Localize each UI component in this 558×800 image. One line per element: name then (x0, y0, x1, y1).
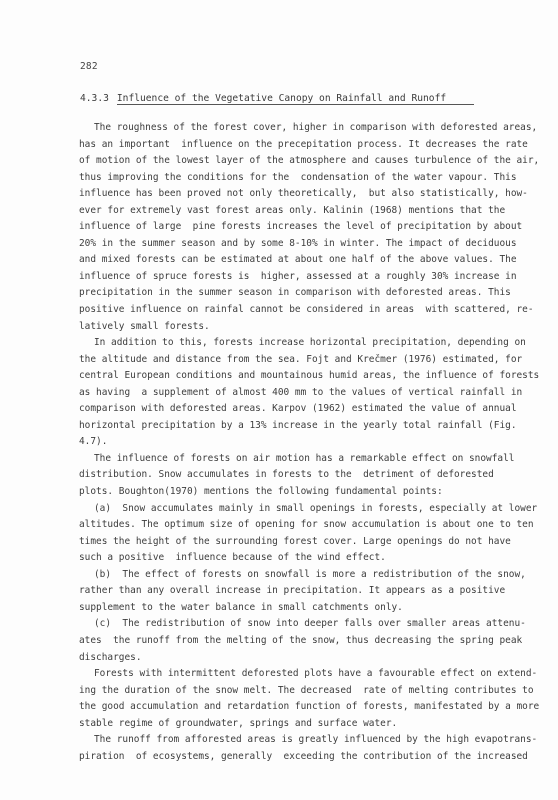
text-line: influence has been proved not only theor… (79, 186, 491, 203)
section-number: 4.3.3 (80, 93, 109, 104)
text-line: horizontal precipitation by a 13% increa… (79, 418, 491, 435)
text-line: precipitation in the summer season in co… (79, 285, 491, 302)
text-line: central European conditions and mountain… (79, 368, 491, 385)
text-line: and mixed forests can be estimated at ab… (79, 252, 491, 269)
text-line: comparison with deforested areas. Karpov… (79, 401, 491, 418)
text-line: ates the runoff from the melting of the … (79, 633, 491, 650)
text-line: as having a supplement of almost 400 mm … (79, 385, 491, 402)
text-line: supplement to the water balance in small… (79, 600, 491, 617)
text-line: (b) The effect of forests on snowfall is… (79, 567, 491, 584)
text-line: altitudes. The optimum size of opening f… (79, 517, 491, 534)
text-line: (c) The redistribution of snow into deep… (79, 616, 491, 633)
text-line: ever for extremely vast forest areas onl… (79, 203, 491, 220)
text-line: piration of ecosystems, generally exceed… (79, 749, 491, 766)
text-line: thus improving the conditions for the co… (79, 170, 491, 187)
text-line: The runoff from afforested areas is grea… (79, 732, 491, 749)
document-page: 282 4.3.3Influence of the Vegetative Can… (0, 0, 558, 800)
text-line: the good accumulation and retardation fu… (79, 699, 491, 716)
text-line: discharges. (79, 650, 491, 667)
text-line: 20% in the summer season and by some 8-1… (79, 236, 491, 253)
text-line: influence of spruce forests is higher, a… (79, 269, 491, 286)
page-number: 282 (80, 61, 98, 72)
text-line: distribution. Snow accumulates in forest… (79, 467, 491, 484)
text-line: The roughness of the forest cover, highe… (79, 120, 491, 137)
body-text: The roughness of the forest cover, highe… (79, 120, 491, 765)
text-line: stable regime of groundwater, springs an… (79, 716, 491, 733)
text-line: times the height of the surrounding fore… (79, 534, 491, 551)
text-line: such a positive influence because of the… (79, 550, 491, 567)
text-line: of motion of the lowest layer of the atm… (79, 153, 491, 170)
text-line: the altitude and distance from the sea. … (79, 352, 491, 369)
text-line: ing the duration of the snow melt. The d… (79, 683, 491, 700)
text-line: plots. Boughton(1970) mentions the follo… (79, 484, 491, 501)
text-line: (a) Snow accumulates mainly in small ope… (79, 501, 491, 518)
text-line: In addition to this, forests increase ho… (79, 335, 491, 352)
text-line: positive influence on rainfal cannot be … (79, 302, 491, 319)
text-line: The influence of forests on air motion h… (79, 451, 491, 468)
text-line: latively small forests. (79, 319, 491, 336)
section-title: Influence of the Vegetative Canopy on Ra… (117, 93, 474, 105)
text-line: Forests with intermittent deforested plo… (79, 666, 491, 683)
text-line: has an important influence on the precep… (79, 137, 491, 154)
text-line: 4.7). (79, 434, 491, 451)
text-line: rather than any overall increase in prec… (79, 583, 491, 600)
section-heading: 4.3.3Influence of the Vegetative Canopy … (80, 93, 474, 104)
text-line: influence of large pine forests increase… (79, 219, 491, 236)
